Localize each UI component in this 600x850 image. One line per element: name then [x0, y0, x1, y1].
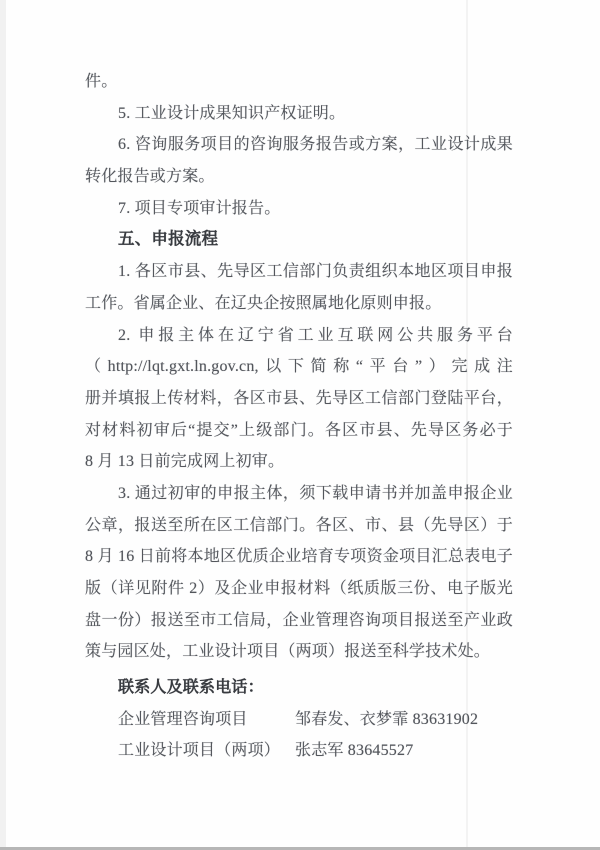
contact-row: 企业管理咨询项目 邹春发、衣梦霏 83631902: [85, 704, 513, 736]
contact-info: 邹春发、衣梦霏 83631902: [295, 704, 513, 736]
paragraph-line: 8 月 16 日前将本地区优质企业培育专项资金项目汇总表电子: [85, 541, 513, 573]
contact-row: 工业设计项目（两项） 张志军 83645527: [85, 735, 513, 767]
paragraph-line: 件。: [85, 66, 513, 98]
paragraph-line: 公章，报送至所在区工信部门。各区、市、县（先导区）于: [85, 510, 513, 542]
paragraph-line: 工作。省属企业、在辽央企按照属地化原则申报。: [85, 288, 513, 320]
section-heading: 五、申报流程: [85, 224, 513, 256]
paragraph-line: 版（详见附件 2）及企业申报材料（纸质版三份、电子版光: [85, 573, 513, 605]
list-item-5: 5. 工业设计成果知识产权证明。: [85, 98, 513, 130]
paragraph-line: 转化报告或方案。: [85, 161, 513, 193]
contact-project: 企业管理咨询项目: [118, 704, 295, 736]
document-page: 件。 5. 工业设计成果知识产权证明。 6. 咨询服务项目的咨询服务报告或方案，…: [0, 0, 600, 850]
paragraph-line: 策与园区处，工业设计项目（两项）报送至科学技术处。: [85, 636, 513, 668]
platform-url-line: （http://lqt.gxt.ln.gov.cn,以下简称“平台”）完成注: [85, 351, 513, 383]
step-2-line: 2. 申报主体在辽宁省工业互联网公共服务平台: [85, 320, 513, 352]
list-item-6: 6. 咨询服务项目的咨询服务报告或方案，工业设计成果: [85, 129, 513, 161]
step-1-line: 1. 各区市县、先导区工信部门负责组织本地区项目申报: [85, 256, 513, 288]
paragraph-line: 册并填报上传材料，各区市县、先导区工信部门登陆平台，: [85, 383, 513, 415]
contact-info: 张志军 83645527: [295, 735, 513, 767]
deadline-line: 8 月 13 日前完成网上初审。: [85, 446, 513, 478]
scan-edge-left: [0, 0, 6, 850]
step-3-line: 3. 通过初审的申报主体，须下载申请书并加盖申报企业: [85, 478, 513, 510]
paragraph-line: 盘一份）报送至市工信局，企业管理咨询项目报送至产业政: [85, 605, 513, 637]
document-body: 件。 5. 工业设计成果知识产权证明。 6. 咨询服务项目的咨询服务报告或方案，…: [85, 66, 513, 767]
paragraph-line: 对材料初审后“提交”上级部门。各区市县、先导区务必于: [85, 415, 513, 447]
list-item-7: 7. 项目专项审计报告。: [85, 193, 513, 225]
contact-project: 工业设计项目（两项）: [118, 735, 295, 767]
contacts-heading: 联系人及联系电话：: [85, 672, 513, 704]
